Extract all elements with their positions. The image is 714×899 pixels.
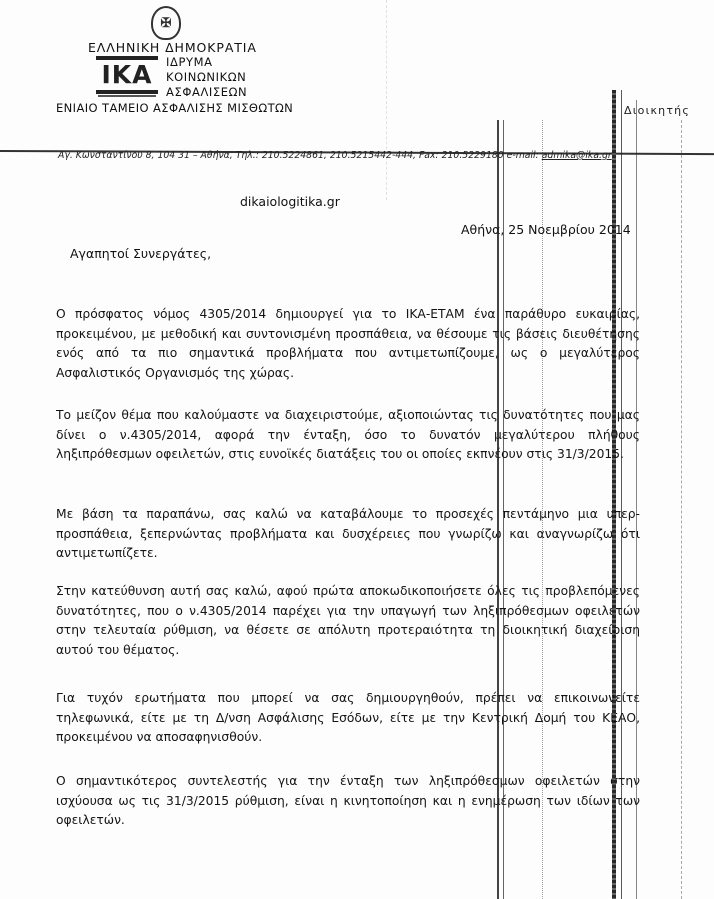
paragraph-3: Με βάση τα παραπάνω, σας καλώ να καταβάλ… — [56, 505, 640, 564]
scan-artifact-line — [503, 120, 504, 899]
office-title: Διοικητής — [624, 104, 690, 117]
logo-letters: ΙΚΑ — [96, 61, 158, 89]
coat-of-arms-icon: ✠ — [151, 6, 181, 40]
scan-artifact-line — [386, 0, 388, 200]
salutation: Αγαπητοί Συνεργάτες, — [70, 246, 211, 261]
org-line-2: ΚΟΙΝΩΝΙΚΩΝ — [166, 70, 246, 84]
org-line-1: ΙΔΡΥΜΑ — [166, 55, 213, 69]
paragraph-4: Στην κατεύθυνση αυτή σας καλώ, αφού πρώτ… — [56, 582, 640, 660]
paragraph-5: Για τυχόν ερωτήματα που μπορεί να σας δη… — [56, 689, 640, 748]
contact-address: Αγ. Κωνσταντίνου 8, 104 31 – Αθήνα, Τηλ.… — [58, 150, 542, 161]
scan-artifact-line — [636, 100, 637, 899]
paragraph-2: Το μείζον θέμα που καλούμαστε να διαχειρ… — [56, 406, 640, 465]
logo-bar-bottom — [96, 90, 158, 94]
org-line-3: ΑΣΦΑΛΙΣΕΩΝ — [166, 85, 247, 99]
scan-artifact-line — [612, 90, 616, 899]
logo-underline — [98, 95, 156, 97]
scan-artifact-line — [681, 120, 683, 899]
scan-artifact-line — [497, 120, 499, 899]
scan-artifact-line — [542, 120, 544, 899]
contact-email-link[interactable]: admika@ika.gr — [542, 150, 612, 161]
paragraph-1: Ο πρόσφατος νόμος 4305/2014 δημιουργεί γ… — [56, 305, 640, 383]
republic-heading: ΕΛΛΗΝΙΚΗ ΔΗΜΟΚΡΑΤΙΑ — [88, 40, 257, 55]
contact-line: Αγ. Κωνσταντίνου 8, 104 31 – Αθήνα, Τηλ.… — [58, 150, 612, 161]
scan-artifact-line — [621, 90, 622, 899]
letter-date: Αθήνα, 25 Νοεμβρίου 2014 — [461, 222, 631, 237]
paragraph-6: Ο σημαντικότερος συντελεστής για την έντ… — [56, 772, 640, 831]
scanned-letter-page: ✠ ΕΛΛΗΝΙΚΗ ΔΗΜΟΚΡΑΤΙΑ ΙΚΑ ΙΔΡΥΜΑ ΚΟΙΝΩΝΙ… — [0, 0, 714, 899]
etam-heading: ΕΝΙΑΙΟ ΤΑΜΕΙΟ ΑΣΦΑΛΙΣΗΣ ΜΙΣΘΩΤΩΝ — [56, 101, 293, 115]
ika-logo: ΙΚΑ — [96, 56, 158, 98]
watermark-text: dikaiologitika.gr — [240, 194, 340, 209]
